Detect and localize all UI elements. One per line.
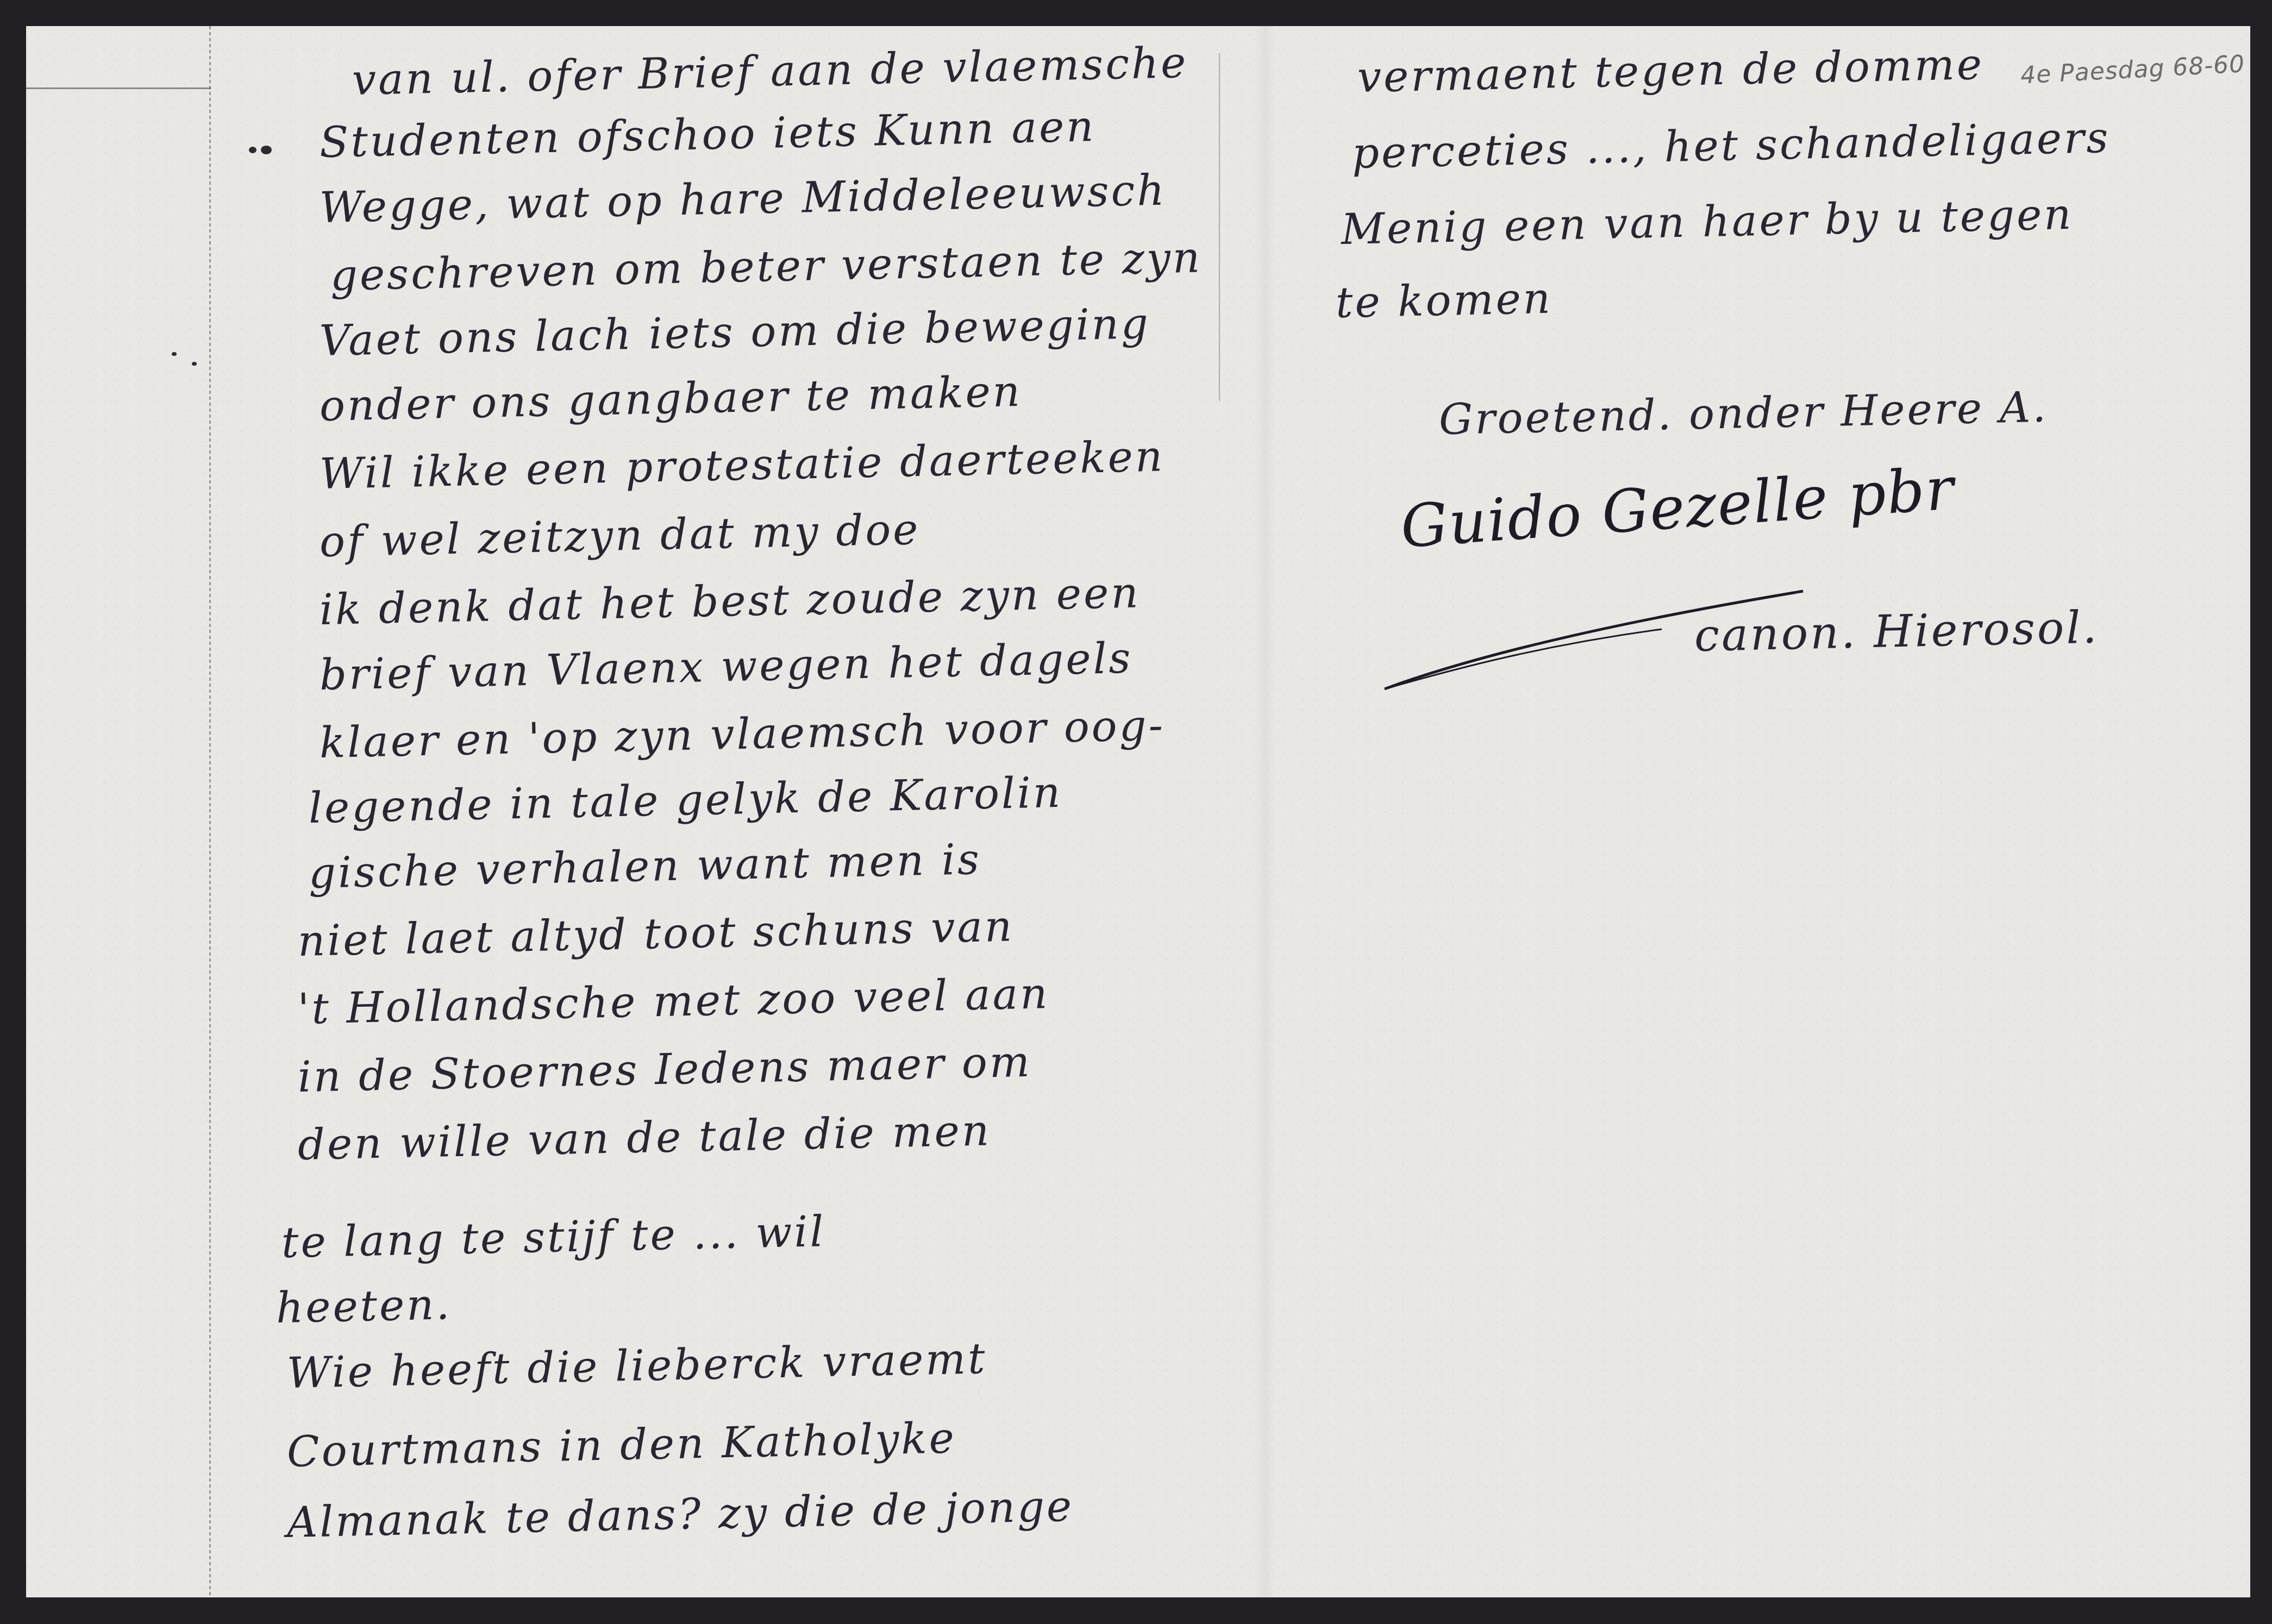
letter-line: of wel zeitzyn dat my doe (319, 505, 921, 567)
letter-line: te komen (1335, 274, 1553, 328)
letter-line: 't Hollandsche met zoo veel aan (297, 969, 1050, 1034)
letter-line: te lang te stijf te ... wil (281, 1207, 826, 1268)
letter-line: van ul. ofer Brief aan de vlaemsche (352, 39, 1188, 105)
letter-line: Vaet ons lach iets om die beweging (319, 299, 1151, 366)
letter-line: Almanak te dans? zy die de jonge (286, 1482, 1074, 1547)
signature-title: canon. Hierosol. (1694, 601, 2099, 662)
letter-line: onder ons gangbaer te maken (319, 367, 1023, 431)
ink-blot (192, 362, 197, 366)
letter-line: heeten. (276, 1280, 452, 1333)
letter-paper: 4e Paesdag 68-60 van ul. ofer Brief aan … (26, 26, 2250, 1597)
letter-line: vermaent tegen de domme (1357, 40, 1985, 102)
letter-line: Wegge, wat op hare Middeleeuwsch (319, 166, 1167, 233)
letter-line: gische verhalen want men is (308, 835, 982, 898)
letter-line: ik denk dat het best zoude zyn een (319, 568, 1141, 635)
page-fold (1254, 26, 1276, 1597)
archive-annotation: 4e Paesdag 68-60 (2020, 50, 2245, 90)
letter-line: Wil ikke een protestatie daerteeken (319, 432, 1165, 499)
letter-line: brief van Vlaenx wegen het dagels (319, 634, 1133, 700)
closing-salutation: Groetend. onder Heere A. (1438, 383, 2049, 444)
letter-line: Studenten ofschoo iets Kunn aen (319, 102, 1096, 167)
ink-blot (261, 146, 272, 154)
letter-line: geschreven om beter verstaen te zyn (330, 233, 1203, 300)
letter-line: den wille van de tale die men (297, 1106, 992, 1170)
letter-line: klaer en 'op zyn vlaemsch voor oog- (319, 701, 1166, 768)
letter-line: legende in tale gelyk de Karolin (308, 768, 1063, 833)
letter-line: perceties ..., het schandeligaers (1351, 114, 2111, 178)
signature: Guido Gezelle pbr (1399, 455, 1957, 561)
letter-line: Wie heeft die lieberck vraemt (286, 1334, 987, 1398)
left-margin-rule (209, 26, 211, 1597)
letter-line: in de Stoernes Iedens maer om (297, 1038, 1032, 1102)
ink-blot (172, 352, 177, 356)
top-left-rule (26, 87, 211, 89)
letter-line: Menig een van haer by u tegen (1341, 190, 2074, 254)
ruled-box-edge (1219, 53, 1220, 401)
letter-line: Courtmans in den Katholyke (286, 1414, 957, 1477)
letter-line: niet laet altyd toot schuns van (297, 902, 1015, 966)
ink-blot (249, 147, 256, 153)
